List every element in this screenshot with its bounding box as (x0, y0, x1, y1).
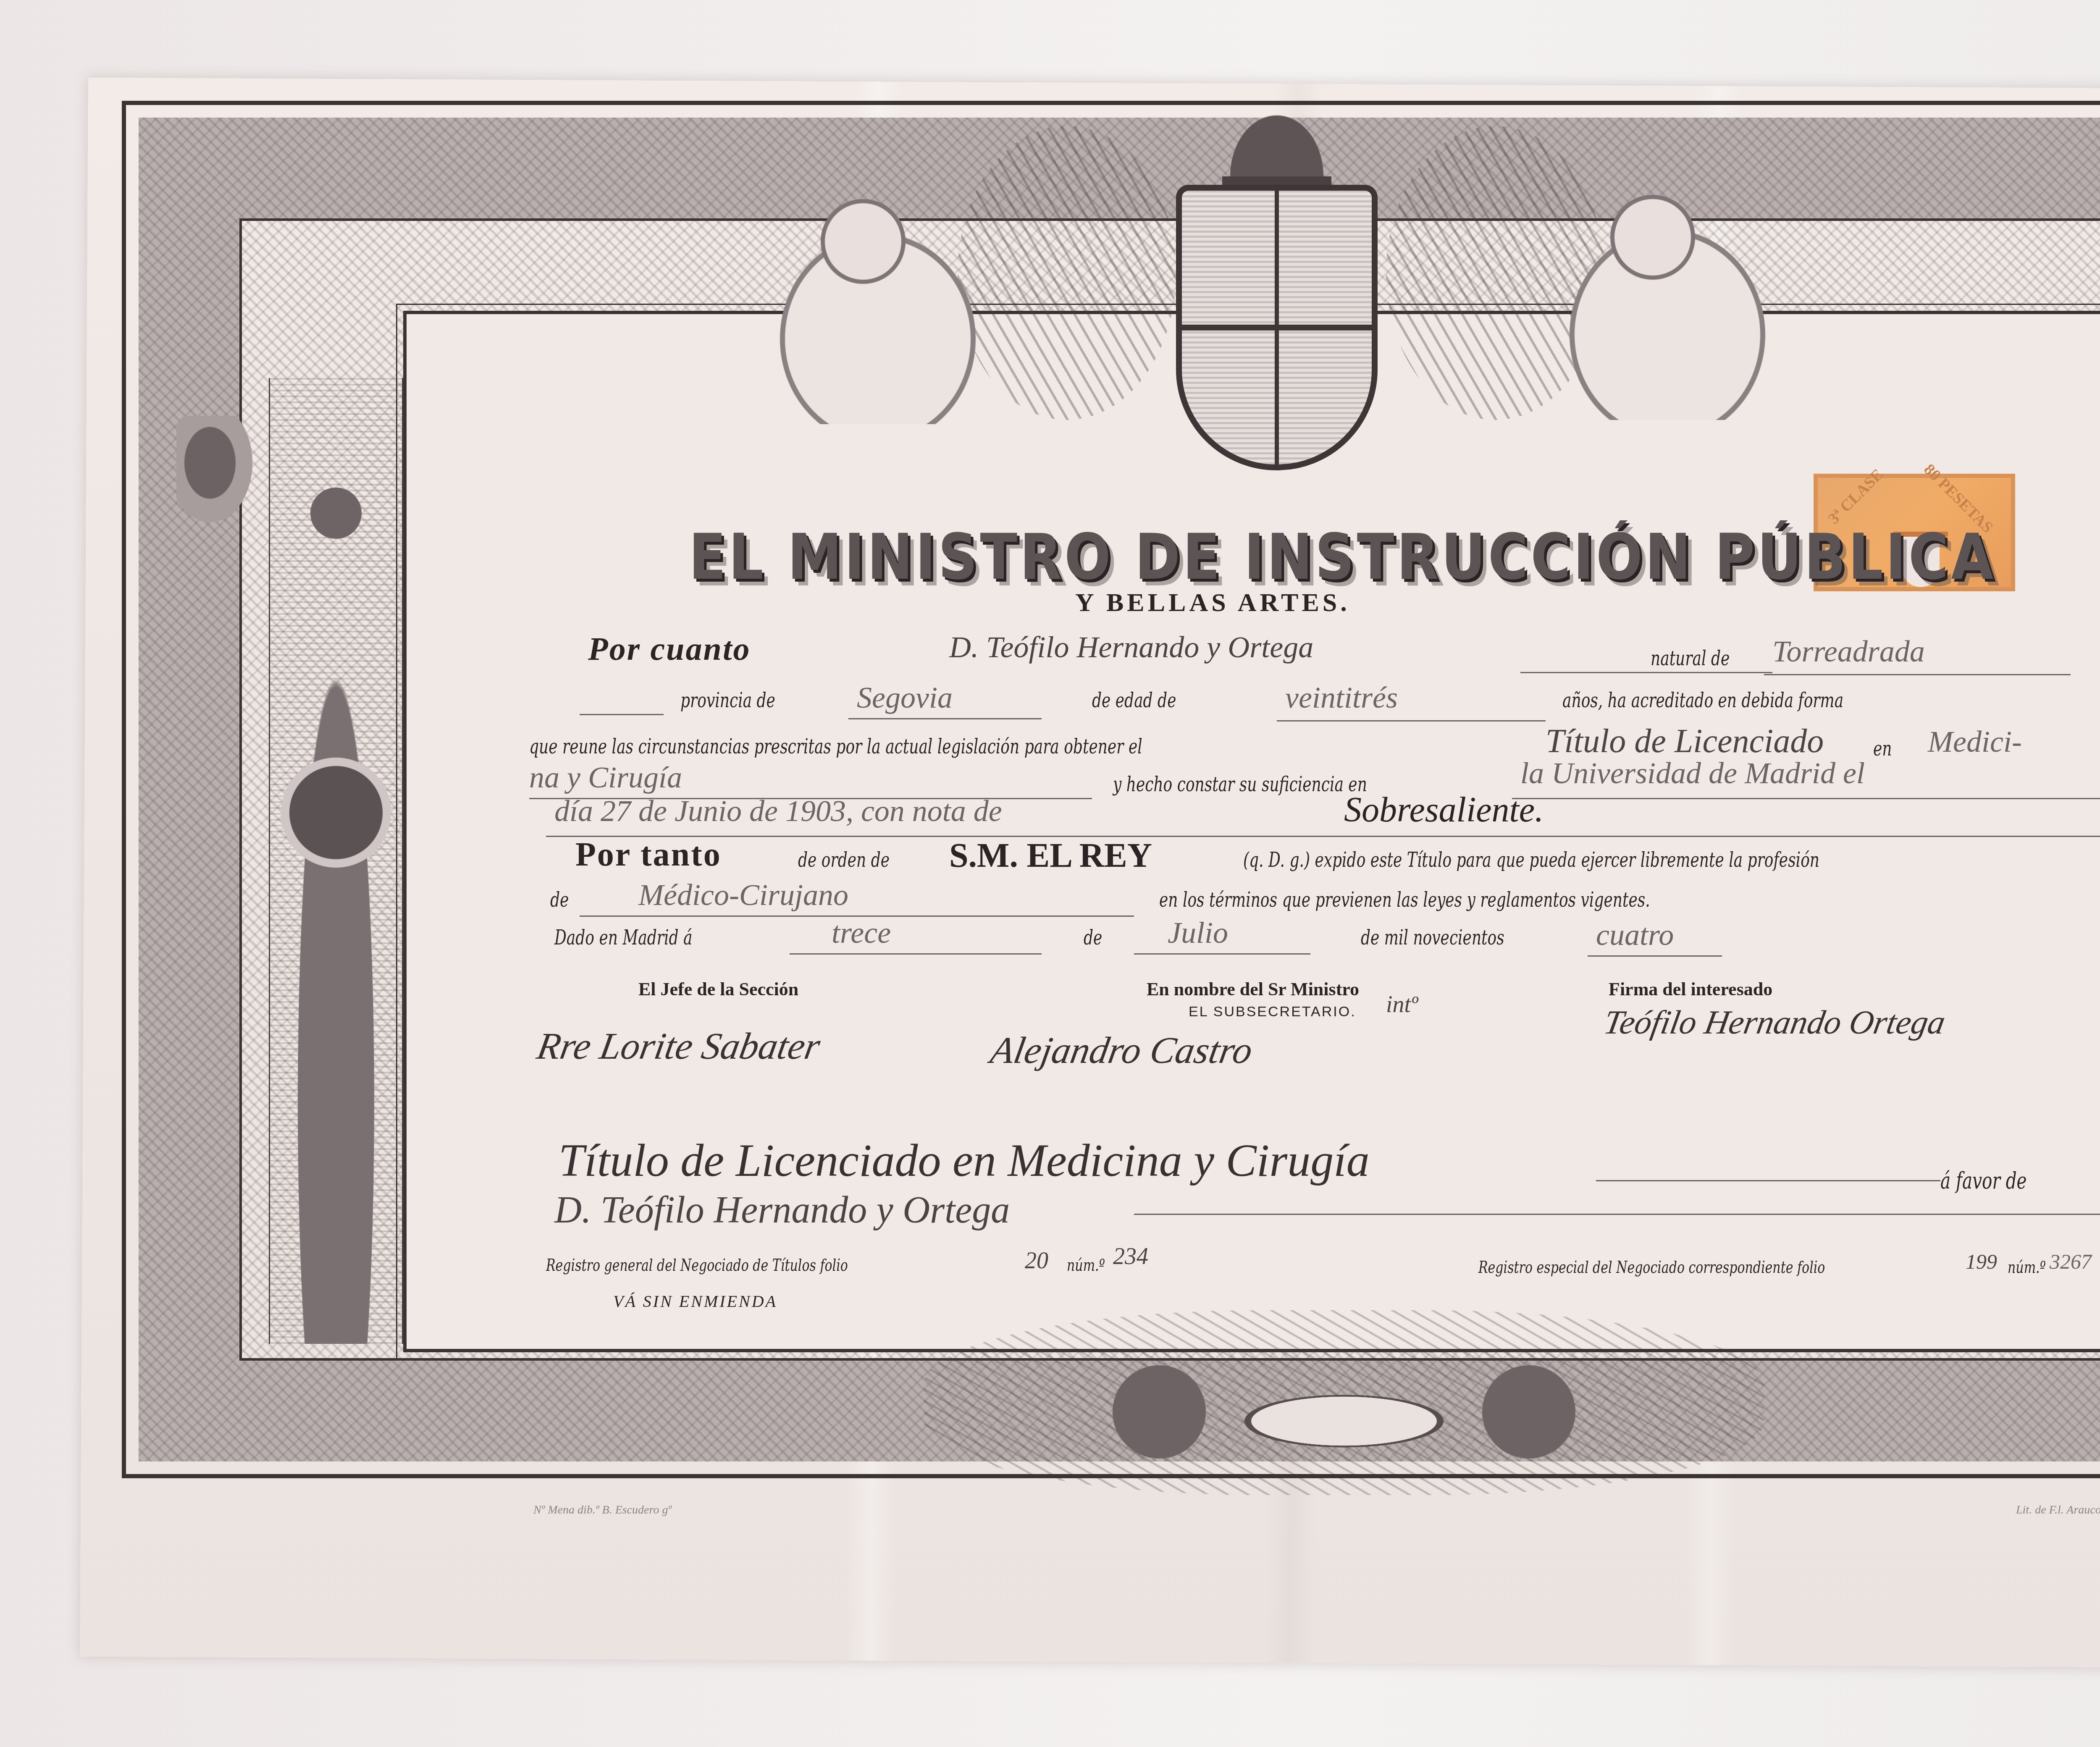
fill-line (1588, 955, 1722, 957)
fill-line (848, 718, 1042, 719)
signature-label-interested: Firma del interesado (1609, 978, 1772, 1000)
fill-line (1520, 672, 1772, 673)
day-value: trece (832, 915, 891, 950)
fill-line (1764, 674, 2071, 675)
signature-label-minister: En nombre del Sr Ministro (1147, 978, 1359, 1000)
edad-label: de edad de (1092, 689, 1176, 712)
faculty-value-part2: na y Cirugía (529, 760, 682, 795)
fill-line (1277, 720, 1546, 721)
crown-icon (1222, 105, 1331, 185)
age-value: veintitrés (1285, 680, 1398, 715)
por-tanto-label: Por tanto (575, 836, 722, 874)
university-value: la Universidad de Madrid el (1520, 756, 1865, 791)
expido-text: (q. D. g.) expido este Título para que p… (1243, 848, 1819, 872)
registro-especial-num-label: núm.º (2008, 1258, 2046, 1277)
registro-general-text: Registro general del Negociado de Título… (546, 1256, 848, 1275)
document-heading: EL MINISTRO DE INSTRUCCIÓN PÚBLICA (689, 520, 1996, 594)
sin-enmienda-note: VÁ SIN ENMIENDA (613, 1291, 777, 1311)
fill-line (1134, 1214, 2100, 1215)
year-value: cuatro (1596, 918, 1674, 952)
fill-line (546, 836, 2100, 837)
griffin-ornament-icon (176, 416, 260, 533)
registro-general-num-label: núm.º (1067, 1256, 1105, 1275)
profession-value: Médico-Cirujano (638, 878, 848, 913)
acreditado-text: años, ha acreditado en debida forma (1562, 689, 1843, 712)
fill-line (1134, 953, 1310, 955)
exam-date-value: día 27 de Junio de 1903, con nota de (554, 794, 1002, 829)
signature-interested: Teófilo Hernando Ortega (1601, 1004, 1948, 1042)
registro-especial-folio: 199 (1966, 1249, 1997, 1274)
titulo-text: Título de Licenciado (1546, 722, 1824, 761)
provincia-label: provincia de (680, 689, 775, 712)
cherub-right-icon (1520, 176, 1814, 420)
terminos-text: en los términos que previenen las leyes … (1159, 888, 1650, 912)
document-subheading: Y BELLAS ARTES. (1075, 588, 1350, 618)
interino-note: intº (1386, 991, 1418, 1018)
birthplace-value: Torreadrada (1772, 634, 1925, 669)
circunstancias-text: que reune las circunstancias prescritas … (529, 735, 1142, 758)
royal-coat-of-arms-icon (1159, 105, 1394, 483)
signature-label-section-chief: El Jefe de la Sección (638, 978, 798, 1000)
bottom-acanthus-ornament-icon (924, 1310, 1764, 1495)
province-value: Segovia (857, 680, 953, 715)
subsecretario-label: EL SUBSECRETARIO. (1189, 1004, 1356, 1020)
registro-general-num: 234 (1113, 1243, 1148, 1270)
summary-title: Título de Licenciado en Medicina y Cirug… (559, 1134, 1370, 1187)
grade-value: Sobresaliente. (1344, 790, 1543, 830)
fill-line (580, 714, 664, 715)
registro-especial-text: Registro especial del Negociado correspo… (1478, 1258, 1825, 1277)
orden-text: de orden de (798, 848, 890, 872)
fill-line (1596, 1180, 1940, 1181)
anio-label: de mil novecientos (1361, 926, 1504, 950)
registro-general-folio: 20 (1025, 1247, 1048, 1274)
registro-especial-num: 3267 (2050, 1249, 2092, 1274)
engraver-credit: Nº Mena dib.º B. Escudero gº (533, 1503, 672, 1517)
signature-minister: Alejandro Castro (987, 1029, 1256, 1072)
por-cuanto-label: Por cuanto (588, 630, 751, 668)
recipient-name: D. Teófilo Hernando y Ortega (949, 630, 1313, 665)
stamp-class-label: 3ª CLASE (1825, 466, 1886, 527)
left-ornamental-column (269, 378, 403, 1344)
summary-name: D. Teófilo Hernando y Ortega (554, 1188, 1010, 1232)
en-label: en (1873, 737, 1892, 761)
lithographer-credit: Lit. de F.l. Arauco (2016, 1503, 2100, 1517)
dado-label: Dado en Madrid á (554, 926, 692, 950)
shield-icon (1176, 185, 1378, 470)
natural-de-label: natural de (1651, 647, 1730, 670)
signature-section-chief: Rre Lorite Sabater (534, 1025, 824, 1068)
cherub-left-icon (731, 181, 1025, 424)
month-value: Julio (1168, 915, 1228, 950)
fill-line (1512, 798, 2100, 799)
suficiencia-text: y hecho constar su suficiencia en (1113, 773, 1367, 796)
de-label: de (550, 888, 569, 912)
a-favor-label: á favor de (1940, 1167, 2027, 1194)
faculty-value-part1: Medici- (1928, 724, 2022, 759)
de-mes-label: de (1084, 926, 1102, 950)
king-label: S.M. EL REY (949, 836, 1152, 875)
fill-line (790, 953, 1042, 955)
